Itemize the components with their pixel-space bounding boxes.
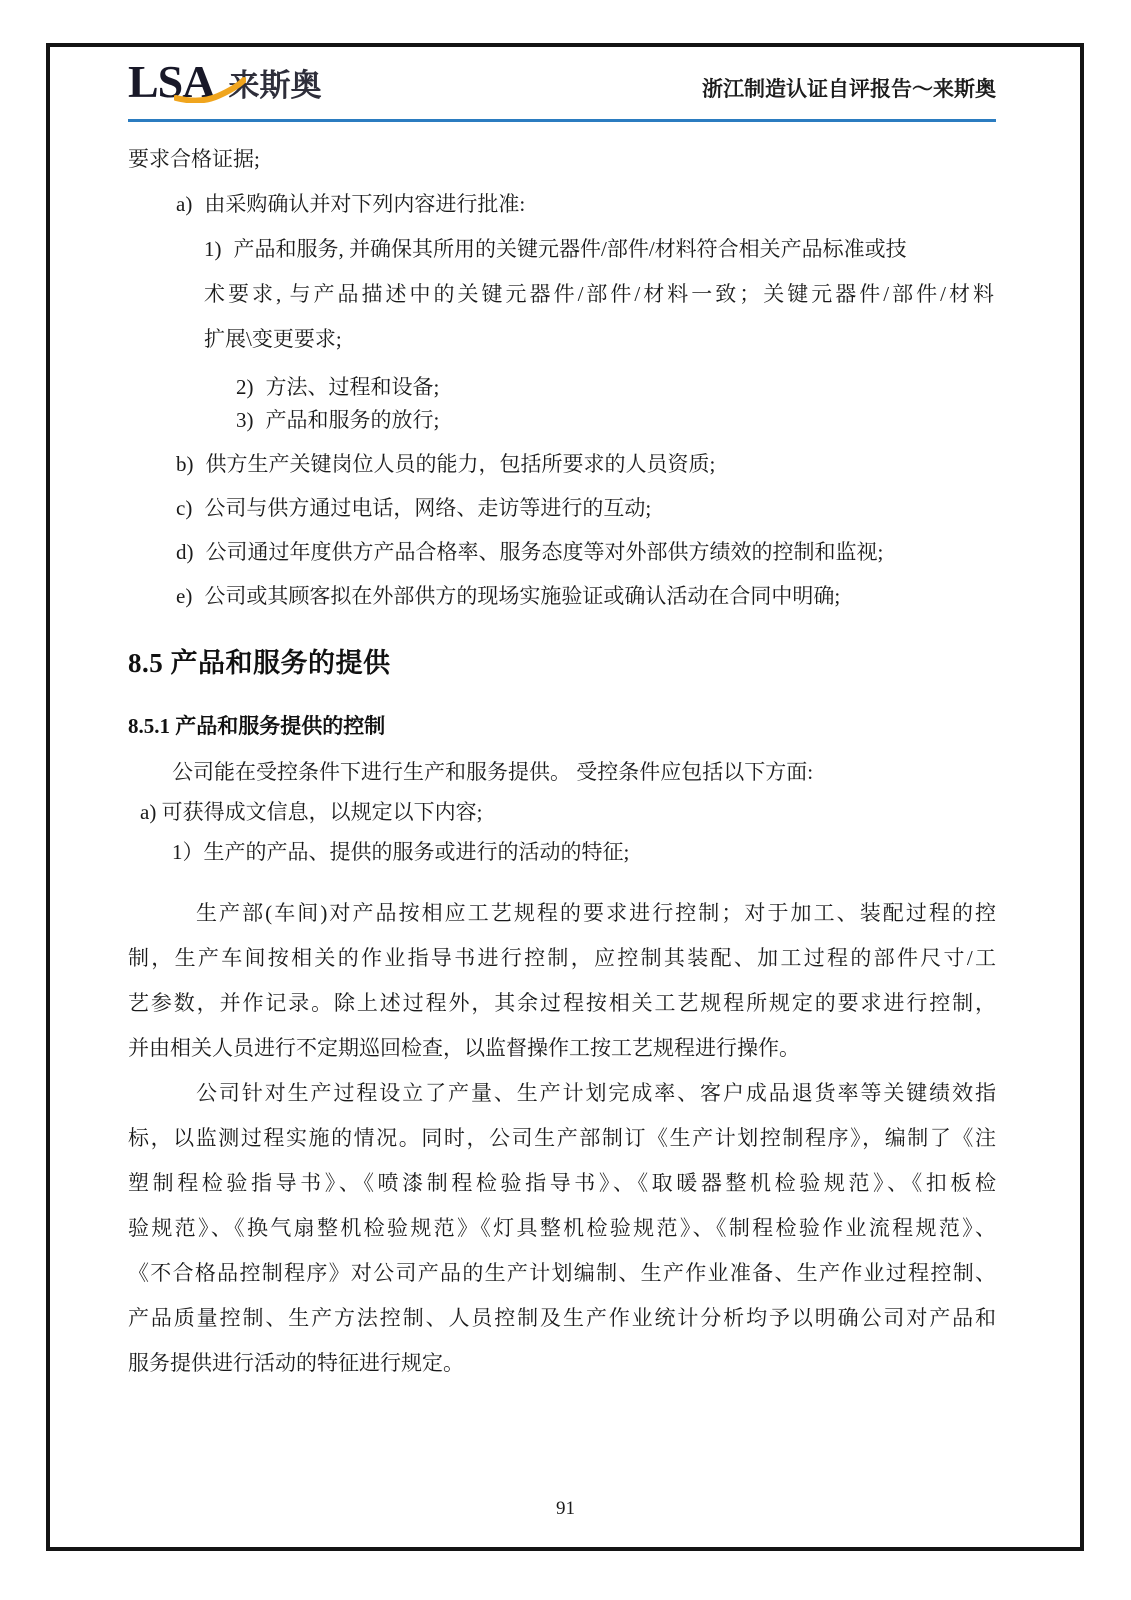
list-item-d-text: 公司通过年度供方产品合格率、服务态度等对外部供方绩效的控制和监视; <box>206 539 884 565</box>
list-item-b: b) 供方生产关键岗位人员的能力，包括所要求的人员资质; <box>176 451 996 477</box>
paragraph-1-line-1: 生产部(车间)对产品按相应工艺规程的要求进行控制；对于加工、装配过程的控 <box>128 891 996 936</box>
paragraph-2-line-3: 塑制程检验指导书》、《喷漆制程检验指导书》、《取暖器整机检验规范》、《扣板检 <box>128 1161 996 1206</box>
sub-item-1-text-1: 产品和服务, 并确保其所用的关键元器件/部件/材料符合相关产品标准或技 <box>234 236 907 262</box>
paragraph-1-line-4: 并由相关人员进行不定期巡回检查，以监督操作工按工艺规程进行操作。 <box>128 1026 996 1071</box>
sub-item-2: 2) 方法、过程和设备; <box>236 374 996 400</box>
list-item-b-text: 供方生产关键岗位人员的能力，包括所要求的人员资质; <box>206 451 716 477</box>
paragraph-2-line-7: 服务提供进行活动的特征进行规定。 <box>128 1341 996 1386</box>
list-item-e: e) 公司或其顾客拟在外部供方的现场实施验证或确认活动在合同中明确; <box>176 583 996 609</box>
control-item-a1: 1）生产的产品、提供的服务或进行的活动的特征; <box>128 839 996 865</box>
control-intro-line: 公司能在受控条件下进行生产和服务提供。 受控条件应包括以下方面: <box>128 759 996 785</box>
header-rule <box>128 119 996 122</box>
sub-item-2-text: 方法、过程和设备; <box>266 374 440 400</box>
paragraph-2-line-5: 《不合格品控制程序》对公司产品的生产计划编制、生产作业准备、生产作业过程控制、 <box>128 1251 996 1296</box>
list-item-a: a) 由采购确认并对下列内容进行批准: <box>176 191 996 217</box>
company-logo: LSA 来斯奥 <box>128 60 321 104</box>
paragraph-1-line-3: 艺参数，并作记录。除上述过程外，其余过程按相关工艺规程所规定的要求进行控制， <box>128 981 996 1026</box>
page-number: 91 <box>0 1498 1131 1520</box>
subsection-heading: 8.5.1 产品和服务提供的控制 <box>128 713 996 739</box>
sub-item-2-label: 2) <box>236 374 254 400</box>
sub-item-3-text: 产品和服务的放行; <box>266 407 440 433</box>
page-content: LSA 来斯奥 浙江制造认证自评报告～来斯奥 要求合格证据; a) 由采购确认并… <box>128 56 996 1386</box>
list-item-a-text: 由采购确认并对下列内容进行批准: <box>204 191 525 217</box>
sub-item-3: 3) 产品和服务的放行; <box>236 407 996 433</box>
section-heading: 8.5 产品和服务的提供 <box>128 647 996 679</box>
doc-title: 浙江制造认证自评报告～来斯奥 <box>702 76 996 104</box>
paragraph-1: 生产部(车间)对产品按相应工艺规程的要求进行控制；对于加工、装配过程的控 制，生… <box>128 891 996 1071</box>
sub-item-1-label: 1) <box>204 236 222 262</box>
list-item-e-text: 公司或其顾客拟在外部供方的现场实施验证或确认活动在合同中明确; <box>204 583 840 609</box>
paragraph-2-line-2: 标，以监测过程实施的情况。同时，公司生产部制订《生产计划控制程序》，编制了《注 <box>128 1116 996 1161</box>
list-item-d: d) 公司通过年度供方产品合格率、服务态度等对外部供方绩效的控制和监视; <box>176 539 996 565</box>
section-number: 8.5 <box>128 648 163 678</box>
logo-lsa-text: LSA <box>128 60 214 104</box>
list-item-e-label: e) <box>176 583 192 609</box>
subsection-number: 8.5.1 <box>128 714 170 738</box>
sub-item-1-line-1: 1) 产品和服务, 并确保其所用的关键元器件/部件/材料符合相关产品标准或技 <box>204 236 994 262</box>
list-item-c-text: 公司与供方通过电话，网络、走访等进行的互动; <box>204 495 651 521</box>
section-title: 产品和服务的提供 <box>171 648 391 678</box>
body-text: 要求合格证据; a) 由采购确认并对下列内容进行批准: 1) 产品和服务, 并确… <box>128 146 996 1386</box>
list-item-b-label: b) <box>176 451 194 477</box>
list-item-c: c) 公司与供方通过电话，网络、走访等进行的互动; <box>176 495 996 521</box>
list-item-c-label: c) <box>176 495 192 521</box>
paragraph-2-line-6: 产品质量控制、生产方法控制、人员控制及生产作业统计分析均予以明确公司对产品和 <box>128 1296 996 1341</box>
sub-item-3-label: 3) <box>236 407 254 433</box>
control-item-a: a) 可获得成文信息，以规定以下内容; <box>128 799 996 825</box>
list-item-a-label: a) <box>176 191 192 217</box>
paragraph-2: 公司针对生产过程设立了产量、生产计划完成率、客户成品退货率等关键绩效指 标，以监… <box>128 1071 996 1386</box>
sub-item-1-line-3: 扩展\变更要求; <box>204 326 994 352</box>
intro-line: 要求合格证据; <box>128 146 996 172</box>
subsection-title: 产品和服务提供的控制 <box>175 714 385 738</box>
paragraph-2-line-4: 验规范》、《换气扇整机检验规范》《灯具整机检验规范》、《制程检验作业流程规范》、 <box>128 1206 996 1251</box>
page-header: LSA 来斯奥 浙江制造认证自评报告～来斯奥 <box>128 56 996 104</box>
list-item-d-label: d) <box>176 539 194 565</box>
sub-item-1-line-2: 术要求, 与产品描述中的关键元器件/部件/材料一致；关键元器件/部件/材料 <box>204 281 994 307</box>
logo-cjk-text: 来斯奥 <box>228 68 321 104</box>
paragraph-1-line-2: 制，生产车间按相关的作业指导书进行控制，应控制其装配、加工过程的部件尺寸/工 <box>128 936 996 981</box>
paragraph-2-line-1: 公司针对生产过程设立了产量、生产计划完成率、客户成品退货率等关键绩效指 <box>128 1071 996 1116</box>
